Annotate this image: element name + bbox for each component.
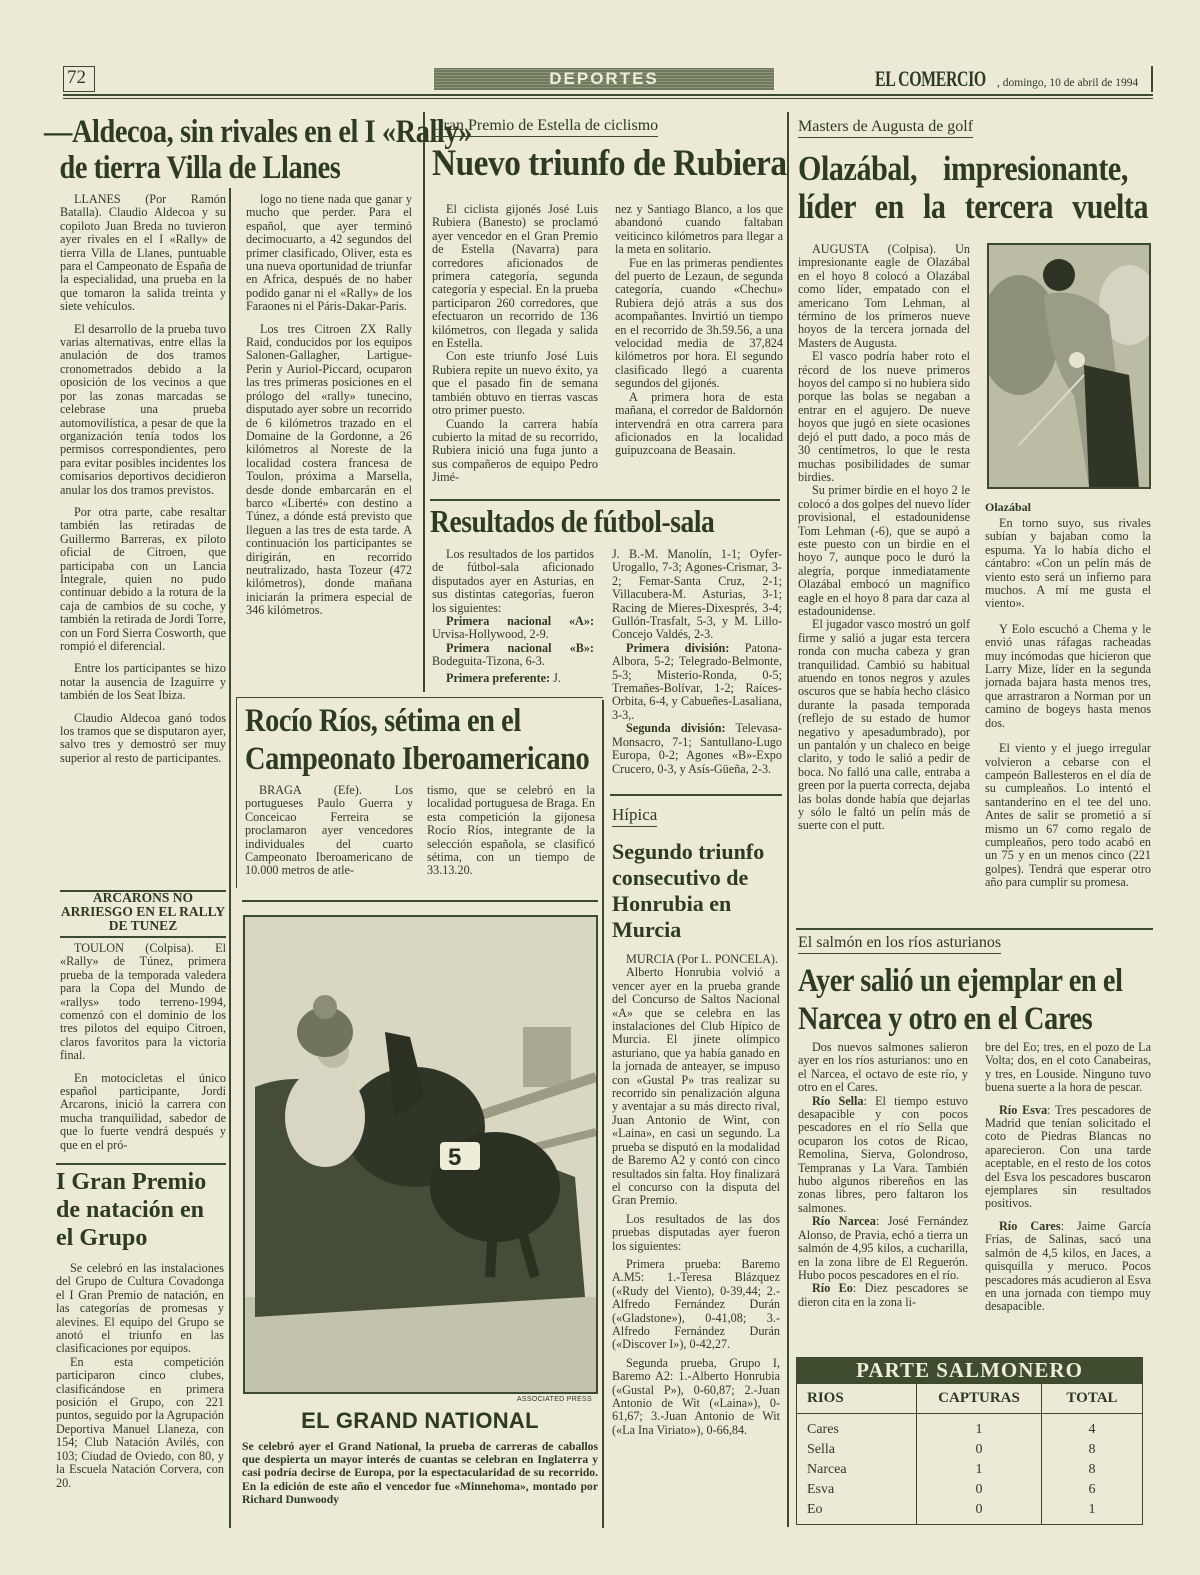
futbolsala-rule [430, 499, 780, 501]
olazabal-photo [987, 243, 1151, 489]
section-bar: DEPORTES [434, 68, 774, 90]
headline-ciclismo: Nuevo triunfo de Rubiera [432, 143, 747, 185]
capturas-cell: 1 0 1 0 0 [917, 1414, 1042, 1525]
article-golf: Masters de Augusta de golf Olazábal, imp… [798, 118, 1153, 226]
salmon-col1: Dos nuevos salmones salieron ayer en los… [798, 1041, 968, 1309]
salmon-col2: bre del Eo; tres, en el pozo de La Volta… [985, 1041, 1151, 1314]
photo-rule [242, 900, 598, 902]
header-rule [63, 94, 1153, 96]
article-rocio-box: Rocío Ríos, sétima en el Campeonato Iber… [236, 697, 603, 888]
column-divider [229, 188, 231, 1528]
col-header-rios: RIOS [797, 1384, 917, 1414]
table-header-row: RIOS CAPTURAS TOTAL [797, 1384, 1143, 1414]
rocio-col1: BRAGA (Efe). Los portugueses Paulo Guerr… [245, 784, 413, 878]
grand-national-photo: 5 [243, 915, 598, 1394]
dash-marker: — [44, 114, 72, 150]
futbolsala-col1: Los resultados de los partidos de fútbol… [432, 548, 594, 685]
hipica-body: MURCIA (Por L. PONCELA). Alberto Honrubi… [612, 953, 780, 1437]
natacion-rule [56, 1163, 226, 1165]
arcarons-rule-bottom [60, 936, 226, 938]
col-header-capturas: CAPTURAS [917, 1384, 1042, 1414]
issue-date: , domingo, 10 de abril de 1994 [997, 77, 1138, 89]
headline-hipica: Segundo triunfo consecutivo de Honrubia … [612, 839, 780, 943]
table-row: Sella [807, 1440, 906, 1460]
natacion-body: Se celebró en las instalaciones del Grup… [56, 1262, 224, 1490]
headline-rally: —Aldecoa, sin rivales en el I «Rally» de… [44, 114, 367, 186]
article-ciclismo: Gran Premio de Estella de ciclismo Nuevo… [432, 117, 782, 185]
rocio-col2: tismo, que se celebró en la localidad po… [427, 784, 595, 878]
golf-col2: En torno suyo, sus rivales subían y baja… [985, 517, 1151, 890]
headline-golf: Olazábal, impresionante, líder en la ter… [798, 150, 1103, 226]
masthead-logo: EL COMERCIO [875, 66, 986, 92]
rally-col1: LLANES (Por Ramón Batalla). Claudio Alde… [60, 193, 226, 765]
horse-race-image: 5 [245, 917, 596, 1392]
svg-text:5: 5 [448, 1144, 461, 1171]
preferente-results: J. B.-M. Manolín, 1-1; Oyfer-Urogallo, 7… [612, 548, 782, 642]
article-salmon: El salmón en los ríos asturianos Ayer sa… [798, 934, 1153, 1038]
rally-col2: logo no tiene nada que ganar y mucho que… [246, 193, 412, 618]
futbolsala-col2: J. B.-M. Manolín, 1-1; Oyfer-Urogallo, 7… [612, 548, 782, 776]
table-row: Eo [807, 1500, 906, 1520]
article-rally: —Aldecoa, sin rivales en el I «Rally» de… [44, 114, 420, 186]
salmon-table: RIOS CAPTURAS TOTAL Cares Sella Narcea E… [796, 1383, 1143, 1525]
headline-salmon: Ayer salió un ejemplar en el Narcea y ot… [798, 962, 1103, 1038]
headline-futbolsala: Resultados de fútbol-sala [430, 502, 714, 540]
ciclismo-col1: El ciclista gijonés José Luis Rubiera (B… [432, 203, 598, 485]
page-number-box: 72 [63, 66, 95, 92]
kicker-ciclismo: Gran Premio de Estella de ciclismo [432, 117, 658, 137]
olazabal-photo-caption: Olazábal [985, 500, 1031, 515]
table-body: Cares Sella Narcea Esva Eo 1 0 1 0 0 4 8… [797, 1414, 1143, 1525]
parte-salmonero-title: PARTE SALMONERO [796, 1357, 1143, 1383]
column-divider [787, 112, 789, 1527]
headline-grand-national: EL GRAND NATIONAL [242, 1408, 598, 1434]
article-hipica: Hípica Segundo triunfo consecutivo de Ho… [612, 805, 780, 943]
kicker-salmon: El salmón en los ríos asturianos [798, 934, 1001, 954]
table-row: Esva [807, 1480, 906, 1500]
page-number: 72 [67, 67, 86, 89]
header-rule-thin [63, 98, 1153, 99]
golf-col1: AUGUSTA (Colpisa). Un impresionante eagl… [798, 243, 970, 833]
header-right-border [1151, 66, 1153, 92]
headline-rocio: Rocío Ríos, sétima en el Campeonato Iber… [245, 702, 589, 778]
column-divider [423, 112, 425, 692]
table-row: Narcea [807, 1460, 906, 1480]
photo-credit: ASSOCIATED PRESS [470, 1396, 592, 1403]
golfer-image [989, 245, 1149, 487]
rios-cell: Cares Sella Narcea Esva Eo [797, 1414, 917, 1525]
arcarons-heading: ARCARONS NO ARRIESGO EN EL RALLY DE TUNE… [60, 891, 226, 933]
hipica-rule [610, 794, 782, 796]
preferente-start: J. [550, 671, 561, 685]
salmon-rule [796, 928, 1153, 930]
section-label: DEPORTES [549, 69, 659, 88]
kicker-golf: Masters de Augusta de golf [798, 118, 973, 138]
total-cell: 4 8 8 6 1 [1042, 1414, 1143, 1525]
arcarons-body: TOULON (Colpisa). El «Rally» de Túnez, p… [60, 942, 226, 1152]
ciclismo-col2: nez y Santiago Blanco, a los que abandon… [615, 203, 783, 458]
grand-national-caption: Se celebró ayer el Grand National, la pr… [242, 1440, 598, 1506]
headline-natacion: I Gran Premio de natación en el Grupo [56, 1168, 224, 1252]
page-header: 72 DEPORTES EL COMERCIO , domingo, 10 de… [63, 66, 1153, 96]
masthead: EL COMERCIO , domingo, 10 de abril de 19… [875, 66, 1138, 92]
table-row: Cares [807, 1420, 906, 1440]
parte-salmonero: PARTE SALMONERO RIOS CAPTURAS TOTAL Care… [796, 1357, 1143, 1525]
col-header-total: TOTAL [1042, 1384, 1143, 1414]
kicker-hipica: Hípica [612, 805, 657, 827]
